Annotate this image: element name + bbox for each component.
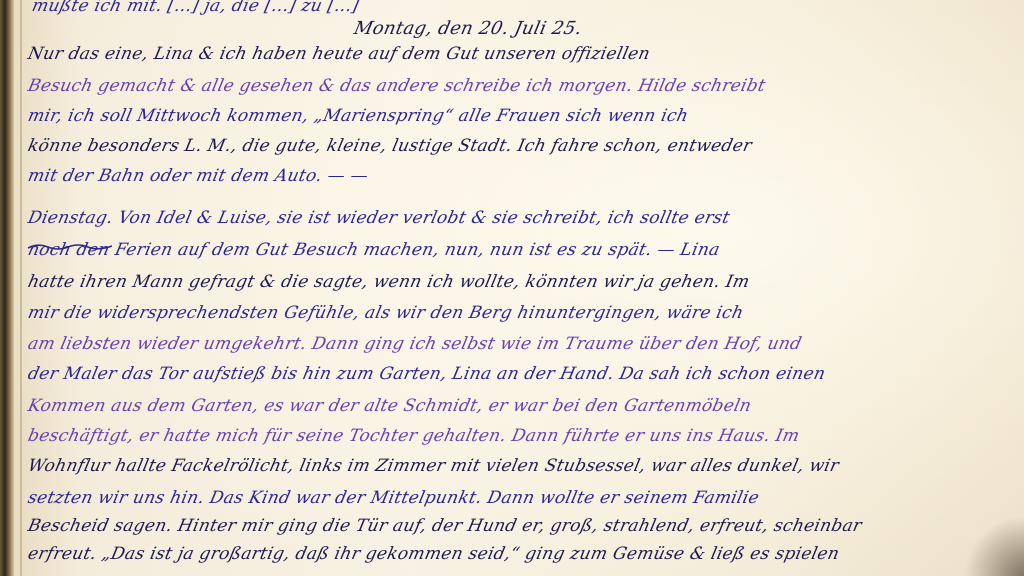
page-gutter-line bbox=[20, 0, 22, 576]
handwritten-line: Nur das eine, Lina & ich haben heute auf… bbox=[26, 44, 652, 64]
handwritten-line: erfreut. „Das ist ja großartig, daß ihr … bbox=[26, 544, 841, 564]
handwritten-line: mir die widersprechendsten Gefühle, als … bbox=[26, 303, 745, 323]
handwritten-line: Bescheid sagen. Hinter mir ging die Tür … bbox=[26, 516, 864, 536]
handwritten-line: müßte ich mit. [...] ja, die [...] zu [.… bbox=[30, 0, 361, 16]
handwritten-line: Wohnflur hallte Fackelrölicht, links im … bbox=[26, 456, 841, 476]
handwritten-line: könne besonders L. M., die gute, kleine,… bbox=[26, 136, 754, 156]
handwritten-line: mit der Bahn oder mit dem Auto. — — bbox=[26, 166, 370, 186]
handwritten-line: Besuch gemacht & alle gesehen & das ande… bbox=[26, 76, 767, 96]
handwritten-line: setzten wir uns hin. Das Kind war der Mi… bbox=[26, 488, 761, 508]
handwritten-line: am liebsten wieder umgekehrt. Dann ging … bbox=[26, 334, 804, 354]
handwritten-line: der Maler das Tor aufstieß bis hin zum G… bbox=[26, 364, 827, 384]
date-heading: Montag, den 20. Juli 25. bbox=[352, 18, 584, 39]
handwritten-line: hatte ihren Mann gefragt & die sagte, we… bbox=[26, 272, 751, 292]
day-entry-heading-line: Dienstag. Von Idel & Luise, sie ist wied… bbox=[26, 208, 732, 228]
diary-page: müßte ich mit. [...] ja, die [...] zu [.… bbox=[0, 0, 1024, 576]
book-binding bbox=[0, 0, 14, 576]
handwritten-line: mir, ich soll Mittwoch kommen, „Mariensp… bbox=[26, 106, 690, 126]
handwritten-line: noch den Ferien auf dem Gut Besuch mache… bbox=[26, 240, 722, 260]
handwritten-line: Kommen aus dem Garten, es war der alte S… bbox=[26, 396, 753, 416]
page-corner-shadow bbox=[964, 516, 1024, 576]
handwritten-line: beschäftigt, er hatte mich für seine Toc… bbox=[26, 426, 801, 446]
